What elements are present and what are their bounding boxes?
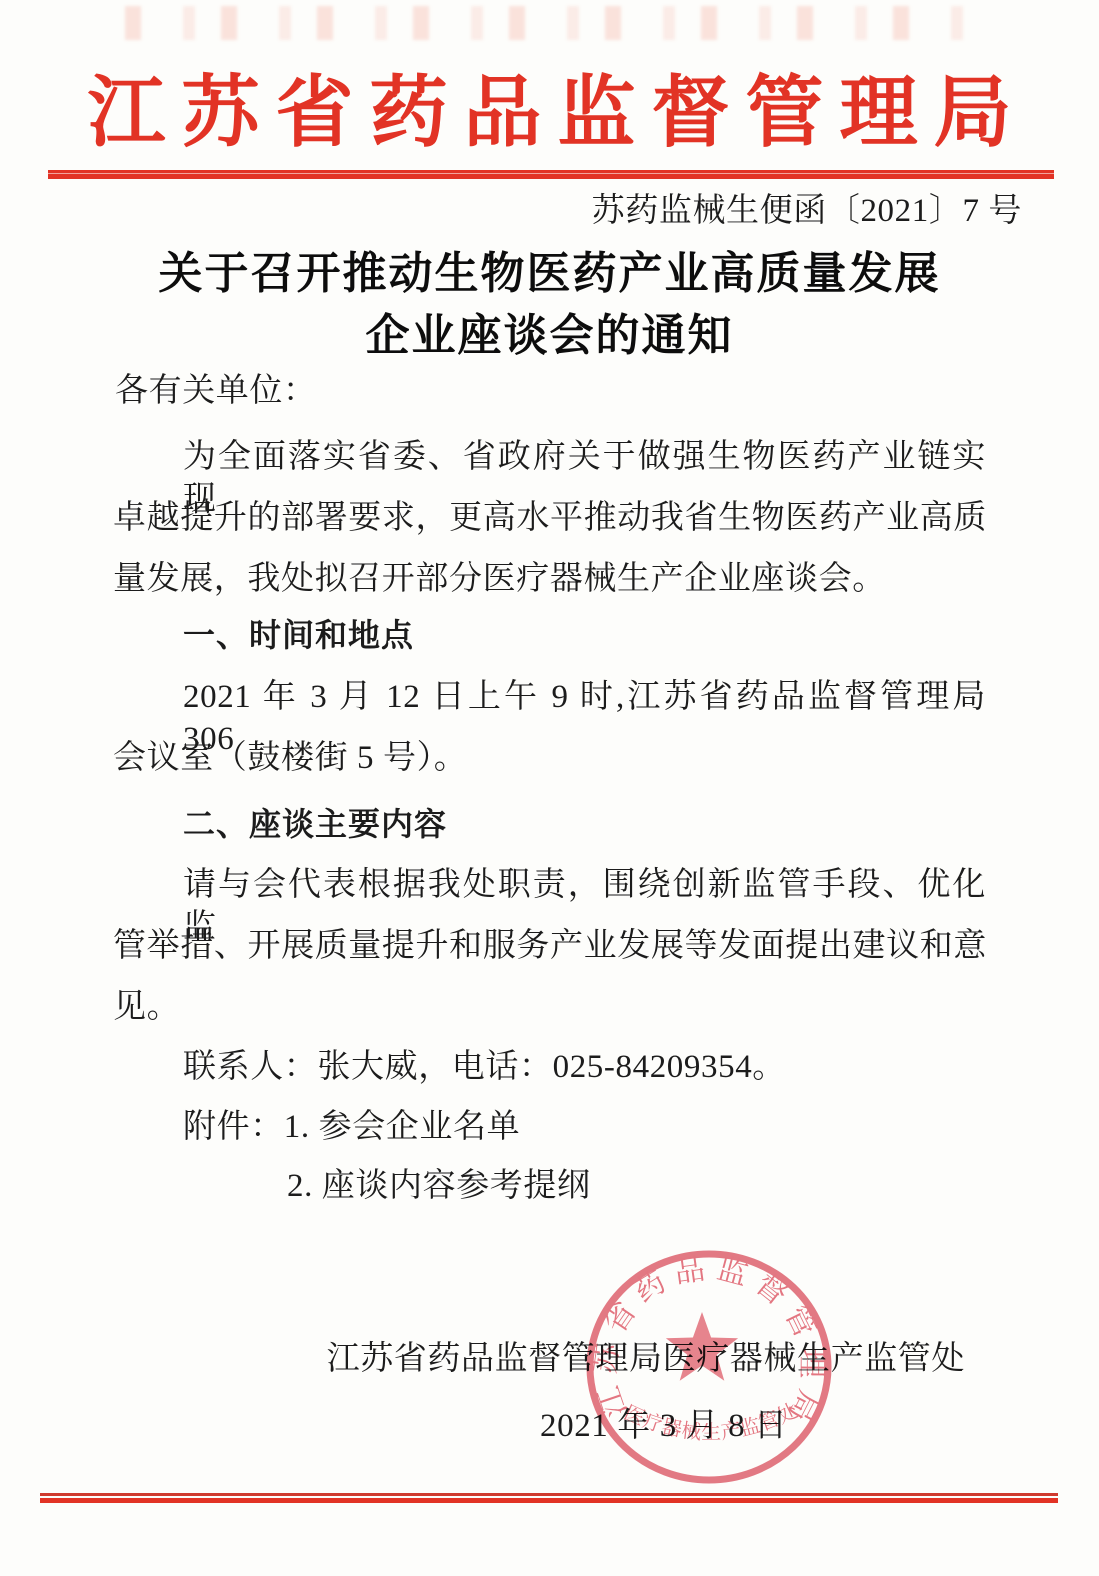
document-title-line1: 关于召开推动生物医药产业高质量发展 (0, 237, 1099, 301)
letterhead-rule (48, 170, 1054, 179)
document-title-line2: 企业座谈会的通知 (0, 299, 1099, 363)
scan-artifact (125, 6, 975, 40)
letterhead-rule-highlight (48, 173, 1054, 174)
seal-bottom-text: 医疗器械生产监管处 (621, 1399, 802, 1444)
document-page: 江苏省药品监督管理局 苏药监械生便函〔2021〕7 号 关于召开推动生物医药产业… (0, 0, 1099, 1576)
seal-bottom-textpath: 医疗器械生产监管处 (621, 1399, 802, 1444)
section2-heading: 二、座谈主要内容 (183, 803, 447, 845)
seal-star-icon (666, 1312, 738, 1381)
section2-line3: 见。 (113, 986, 180, 1028)
attachment-line2: 2. 座谈内容参考提纲 (287, 1165, 591, 1207)
section1-line2: 会议室（鼓楼街 5 号）。 (113, 737, 467, 779)
footer-rule-thick (40, 1498, 1058, 1503)
salutation: 各有关单位： (115, 370, 317, 412)
paragraph1-line2: 卓越提升的部署要求，更高水平推动我省生物医药产业高质 (113, 497, 987, 539)
paragraph1-line3: 量发展，我处拟召开部分医疗器械生产企业座谈会。 (113, 558, 886, 600)
document-number: 苏药监械生便函〔2021〕7 号 (592, 190, 1022, 232)
section1-heading: 一、时间和地点 (183, 614, 414, 656)
official-seal: 江苏省药品监督管理局 医疗器械生产监管处 (583, 1248, 837, 1492)
attachment-line1: 附件：1. 参会企业名单 (183, 1106, 520, 1148)
contact-line: 联系人：张大威，电话：025-84209354。 (183, 1046, 786, 1088)
agency-name: 江苏省药品监督管理局 (0, 50, 1099, 162)
section2-line2: 管举措、开展质量提升和服务产业发展等发面提出建议和意 (113, 925, 987, 967)
footer-rule (40, 1493, 1058, 1503)
